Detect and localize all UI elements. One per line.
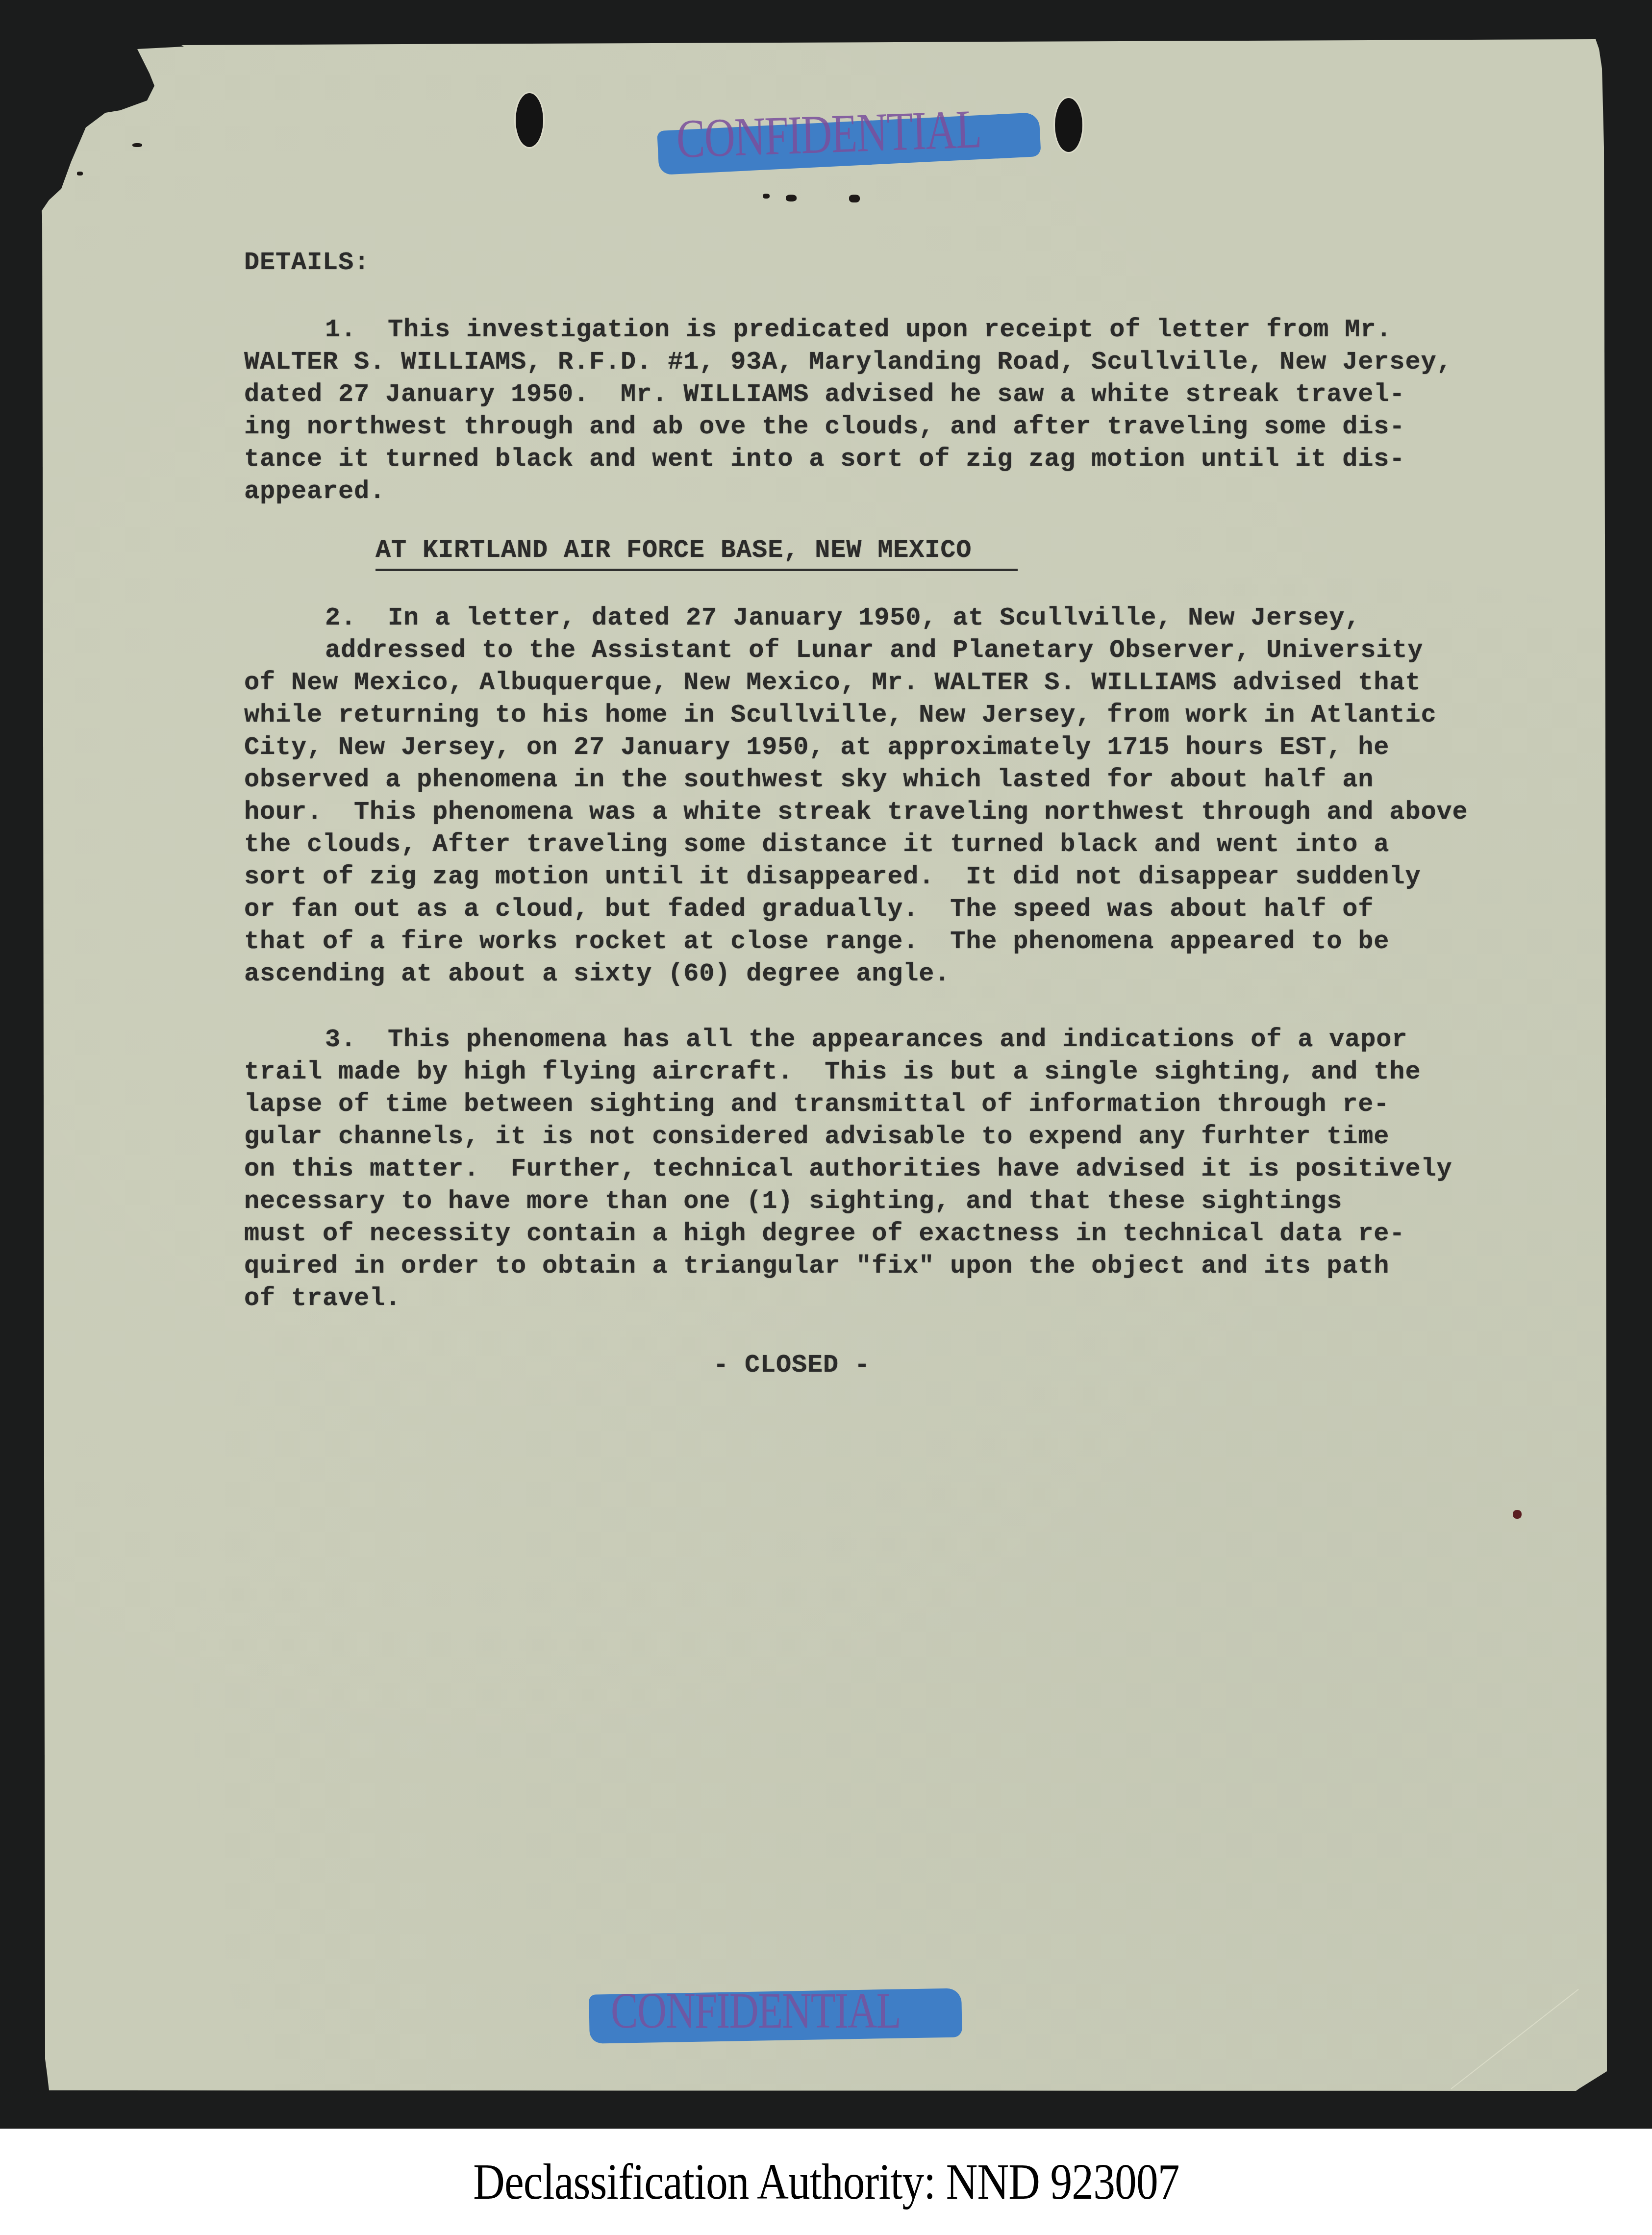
confidential-stamp-top: CONFIDENTIAL <box>647 103 1039 172</box>
paper-tear-mark <box>786 195 797 201</box>
paragraph-1-line-4: ing northwest through and ab ove the clo… <box>244 411 1405 443</box>
punch-hole-left <box>516 93 543 147</box>
paragraph-1-line-6: appeared. <box>244 476 385 508</box>
paragraph-1-line-2: WALTER S. WILLIAMS, R.F.D. #1, 93A, Mary… <box>244 346 1452 378</box>
paragraph-3-line-2: trail made by high flying aircraft. This… <box>244 1056 1421 1088</box>
paragraph-3-line-3: lapse of time between sighting and trans… <box>244 1088 1389 1121</box>
paper-tear-mark <box>849 195 860 202</box>
paper-tear-mark <box>77 172 83 176</box>
heading-underline <box>375 569 1018 571</box>
section-label: DETAILS: <box>244 247 370 279</box>
paragraph-2-line-9: sort of zig zag motion until it disappea… <box>244 861 1421 893</box>
confidential-stamp-bottom: CONFIDENTIAL <box>564 1971 985 2044</box>
paragraph-2-line-8: the clouds, After traveling some distanc… <box>244 829 1389 861</box>
paragraph-3-line-1: 3. This phenomena has all the appearance… <box>325 1024 1407 1056</box>
paragraph-2-line-5: City, New Jersey, on 27 January 1950, at… <box>244 731 1389 764</box>
paragraph-3-line-6: necessary to have more than one (1) sigh… <box>244 1185 1342 1218</box>
paragraph-2-line-6: observed a phenomena in the southwest sk… <box>244 764 1374 796</box>
paragraph-2-line-10: or fan out as a cloud, but faded gradual… <box>244 893 1374 926</box>
punch-hole-right <box>1055 98 1082 152</box>
paragraph-2-line-1: 2. In a letter, dated 27 January 1950, a… <box>325 602 1360 634</box>
paragraph-3-line-4: gular channels, it is not considered adv… <box>244 1121 1389 1153</box>
paragraph-3-line-9: of travel. <box>244 1282 401 1315</box>
closing-mark: - CLOSED - <box>713 1349 870 1381</box>
paper-tear-mark <box>132 143 142 147</box>
paragraph-1-line-5: tance it turned black and went into a so… <box>244 443 1405 476</box>
paragraph-1-line-3: dated 27 January 1950. Mr. WILLIAMS advi… <box>244 378 1405 411</box>
declassification-caption: Declassification Authority: NND 923007 <box>473 2153 1179 2211</box>
paragraph-2-line-4: while returning to his home in Scullvill… <box>244 699 1436 731</box>
paper-tear-mark <box>763 194 770 199</box>
paragraph-3-line-7: must of necessity contain a high degree … <box>244 1218 1405 1250</box>
footer: Declassification Authority: NND 923007 <box>0 2129 1652 2235</box>
paragraph-3-line-5: on this matter. Further, technical autho… <box>244 1153 1452 1185</box>
section-heading: AT KIRTLAND AIR FORCE BASE, NEW MEXICO <box>375 534 972 567</box>
stamp-text: CONFIDENTIAL <box>611 1982 901 2040</box>
document-body: DETAILS: 1. This investigation is predic… <box>0 0 31 1327</box>
stamp-text: CONFIDENTIAL <box>676 98 982 171</box>
paragraph-2-line-12: ascending at about a sixty (60) degree a… <box>244 958 950 990</box>
paragraph-1-line-1: 1. This investigation is predicated upon… <box>325 314 1392 346</box>
paragraph-2-line-2: addressed to the Assistant of Lunar and … <box>325 634 1423 667</box>
paragraph-2-line-11: that of a fire works rocket at close ran… <box>244 926 1389 958</box>
paragraph-2-line-7: hour. This phenomena was a white streak … <box>244 796 1468 829</box>
ink-speck <box>1513 1510 1522 1519</box>
paragraph-3-line-8: quired in order to obtain a triangular "… <box>244 1250 1389 1282</box>
paragraph-2-line-3: of New Mexico, Albuquerque, New Mexico, … <box>244 667 1421 699</box>
